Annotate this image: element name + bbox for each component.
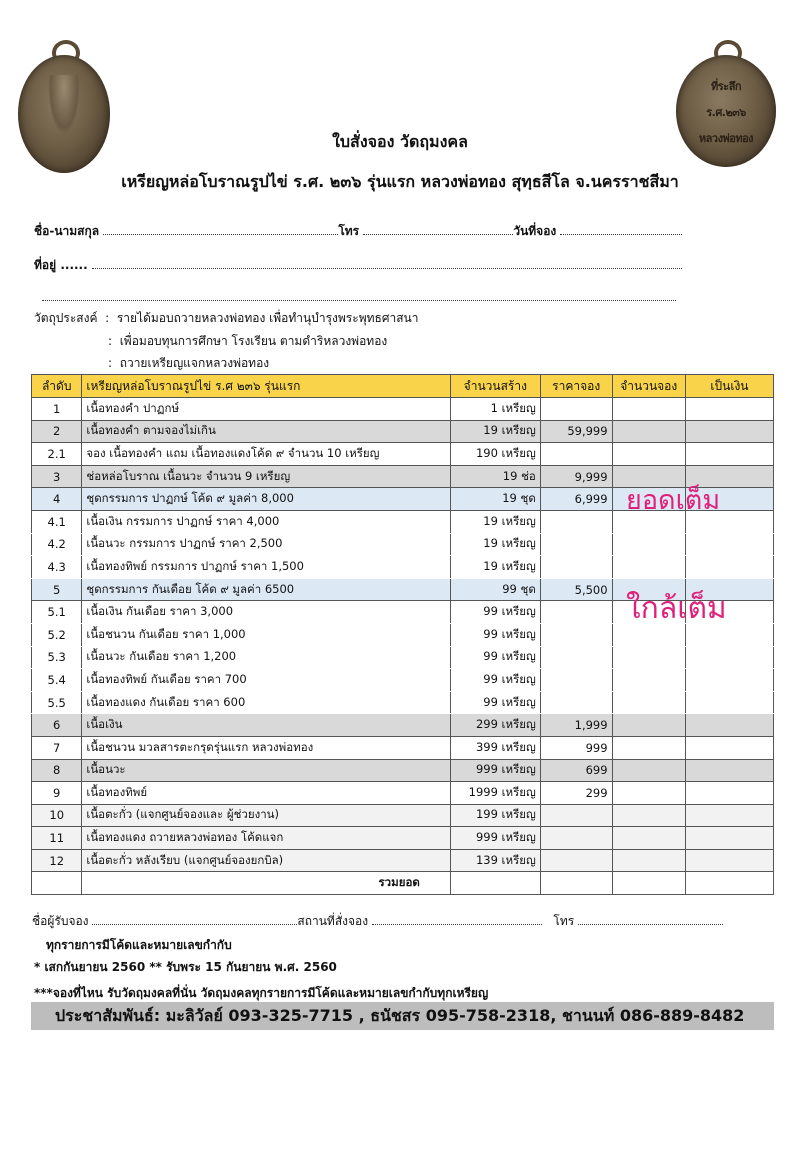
total-label: รวมยอด [82, 872, 450, 895]
row-quantity: 19 ช่อ [450, 465, 540, 488]
note-codes: ทุกรายการมีโค้ดและหมายเลขกำกับ [46, 936, 232, 955]
row-number: 4.3 [32, 556, 82, 579]
row-number: 10 [32, 804, 82, 827]
table-header-row: ลำดับ เหรียญหล่อโบราณรูปไข่ ร.ศ ๒๓๖ รุ่น… [32, 375, 774, 398]
table-row: 8เนื้อนวะ999 เหรียญ699 [32, 759, 774, 782]
row-reserve-cell[interactable] [612, 533, 685, 556]
row-item: เนื้อนวะ กันเดือย ราคา 1,200 [82, 646, 450, 669]
row-item: จอง เนื้อทองคำ แถม เนื้อทองแดงโค้ด ๙ จำน… [82, 443, 450, 466]
row-reserve-cell[interactable] [612, 420, 685, 443]
amulet-back-text-2: ร.ศ.๒๓๖ [686, 103, 766, 121]
row-price [540, 691, 612, 714]
row-amount-cell[interactable] [685, 420, 773, 443]
row-price: 299 [540, 782, 612, 805]
row-item: เนื้อทองแดง ถวายหลวงพ่อทอง โค้ดแจก [82, 827, 450, 850]
table-row: 9เนื้อทองทิพย์1999 เหรียญ299 [32, 782, 774, 805]
row-amount-cell[interactable] [685, 533, 773, 556]
row-price [540, 601, 612, 624]
row-reserve-cell[interactable] [612, 646, 685, 669]
row-amount-cell[interactable] [685, 669, 773, 692]
total-reserve-cell[interactable] [612, 872, 685, 895]
col-header-item: เหรียญหล่อโบราณรูปไข่ ร.ศ ๒๓๖ รุ่นแรก [82, 375, 450, 398]
row-number: 9 [32, 782, 82, 805]
row-item: เนื้อเงิน [82, 714, 450, 737]
row-number: 3 [32, 465, 82, 488]
table-row: 12เนื้อตะกั่ว หลังเรียบ (แจกศูนย์จองยกบิ… [32, 849, 774, 872]
row-item: เนื้อทองคำ ปาฏกษ์ [82, 398, 450, 421]
table-row: 6เนื้อเงิน299 เหรียญ1,999 [32, 714, 774, 737]
row-item: เนื้อนวะ [82, 759, 450, 782]
note-dates: * เสกกันยายน 2560 ** รับพระ 15 กันยายน พ… [34, 958, 337, 977]
row-reserve-cell[interactable] [612, 691, 685, 714]
row-amount-cell[interactable] [685, 556, 773, 579]
row-quantity: 19 เหรียญ [450, 510, 540, 533]
row-price: 5,500 [540, 578, 612, 601]
customer-info-line: ชื่อ-นามสกุล โทร วันที่จอง [34, 222, 682, 241]
row-quantity: 99 เหรียญ [450, 646, 540, 669]
row-number: 8 [32, 759, 82, 782]
table-row: 2เนื้อทองคำ ตามจองไม่เกิน19 เหรียญ59,999 [32, 420, 774, 443]
row-quantity: 19 เหรียญ [450, 420, 540, 443]
amulet-back-text-1: ที่ระลึก [686, 77, 766, 95]
row-item: ช่อหล่อโบราณ เนื้อนวะ จำนวน 9 เหรียญ [82, 465, 450, 488]
address-line-2 [42, 290, 676, 304]
row-reserve-cell[interactable] [612, 827, 685, 850]
row-number: 11 [32, 827, 82, 850]
row-quantity: 19 ชุด [450, 488, 540, 511]
date-field[interactable] [560, 224, 682, 235]
row-price [540, 827, 612, 850]
row-amount-cell[interactable] [685, 646, 773, 669]
place-label: สถานที่สั่งจอง [297, 914, 368, 928]
row-quantity: 199 เหรียญ [450, 804, 540, 827]
row-reserve-cell[interactable] [612, 849, 685, 872]
row-item: เนื้อทองคำ ตามจองไม่เกิน [82, 420, 450, 443]
row-price [540, 669, 612, 692]
row-quantity: 99 เหรียญ [450, 601, 540, 624]
row-price [540, 443, 612, 466]
row-price [540, 849, 612, 872]
row-item: ชุดกรรมการ ปาฏกษ์ โค้ด ๙ มูลค่า 8,000 [82, 488, 450, 511]
purpose-item: รายได้มอบถวายหลวงพ่อทอง เพื่อทำนุบำรุงพร… [117, 311, 419, 325]
address-label: ที่อยู่ ...... [34, 258, 88, 272]
almost-full-stamp: ใกล้เต็ม [626, 585, 727, 632]
row-price [540, 398, 612, 421]
name-field[interactable] [103, 224, 338, 235]
contact-bar: ประชาสัมพันธ์: มะลิวัลย์ 093-325-7715 , … [31, 1002, 774, 1030]
table-row: 5.3เนื้อนวะ กันเดือย ราคา 1,20099 เหรียญ [32, 646, 774, 669]
row-item: เนื้อทองทิพย์ กรรมการ ปาฏกษ์ ราคา 1,500 [82, 556, 450, 579]
table-row: 7เนื้อชนวน มวลสารตะกรุดรุ่นแรก หลวงพ่อทอ… [32, 736, 774, 759]
row-price [540, 804, 612, 827]
table-row: 5.5เนื้อทองแดง กันเดือย ราคา 60099 เหรีย… [32, 691, 774, 714]
col-header-no: ลำดับ [32, 375, 82, 398]
row-amount-cell[interactable] [685, 849, 773, 872]
row-reserve-cell[interactable] [612, 669, 685, 692]
table-row: 10เนื้อตะกั่ว (แจกศูนย์จองและ ผู้ช่วยงาน… [32, 804, 774, 827]
row-reserve-cell[interactable] [612, 736, 685, 759]
row-reserve-cell[interactable] [612, 443, 685, 466]
row-quantity: 99 ชุด [450, 578, 540, 601]
name-label: ชื่อ-นามสกุล [34, 224, 99, 238]
row-item: เนื้อตะกั่ว หลังเรียบ (แจกศูนย์จองยกบิล) [82, 849, 450, 872]
row-number: 2.1 [32, 443, 82, 466]
row-quantity: 19 เหรียญ [450, 533, 540, 556]
phone-label: โทร [338, 224, 359, 238]
purpose-line-1: วัตถุประสงค์ : รายได้มอบถวายหลวงพ่อทอง เ… [34, 309, 418, 328]
purpose-item: เพื่อมอบทุนการศึกษา โรงเรียน ตามดำริหลวง… [120, 334, 388, 348]
place-field[interactable] [372, 914, 542, 925]
purpose-line-3: : ถวายเหรียญแจกหลวงพ่อทอง [108, 354, 269, 373]
row-price [540, 556, 612, 579]
total-amount-cell[interactable] [685, 872, 773, 895]
row-item: เนื้อเงิน กรรมการ ปาฏกษ์ ราคา 4,000 [82, 510, 450, 533]
row-item: เนื้อทองทิพย์ กันเดือย ราคา 700 [82, 669, 450, 692]
total-row: รวมยอด [32, 872, 774, 895]
row-price: 999 [540, 736, 612, 759]
purpose-label: วัตถุประสงค์ [34, 311, 98, 325]
row-price: 9,999 [540, 465, 612, 488]
row-item: เนื้อทองแดง กันเดือย ราคา 600 [82, 691, 450, 714]
row-reserve-cell[interactable] [612, 398, 685, 421]
receiver-label: ชื่อผู้รับจอง [32, 914, 89, 928]
receiver-phone-label: โทร [553, 914, 574, 928]
col-header-qty: จำนวนสร้าง [450, 375, 540, 398]
date-label: วันที่จอง [513, 224, 556, 238]
table-row: 4.3เนื้อทองทิพย์ กรรมการ ปาฏกษ์ ราคา 1,5… [32, 556, 774, 579]
row-quantity: 99 เหรียญ [450, 669, 540, 692]
row-item: เนื้อนวะ กรรมการ ปาฏกษ์ ราคา 2,500 [82, 533, 450, 556]
receiver-phone-field[interactable] [578, 914, 723, 925]
row-quantity: 399 เหรียญ [450, 736, 540, 759]
row-reserve-cell[interactable] [612, 804, 685, 827]
purpose-item: ถวายเหรียญแจกหลวงพ่อทอง [120, 356, 269, 370]
row-item: เนื้อตะกั่ว (แจกศูนย์จองและ ผู้ช่วยงาน) [82, 804, 450, 827]
row-quantity: 99 เหรียญ [450, 623, 540, 646]
row-quantity: 299 เหรียญ [450, 714, 540, 737]
row-price: 699 [540, 759, 612, 782]
row-number: 5.4 [32, 669, 82, 692]
row-item: เนื้อชนวน กันเดือย ราคา 1,000 [82, 623, 450, 646]
row-item: ชุดกรรมการ กันเดือย โค้ด ๙ มูลค่า 6500 [82, 578, 450, 601]
row-number: 6 [32, 714, 82, 737]
row-quantity: 190 เหรียญ [450, 443, 540, 466]
row-amount-cell[interactable] [685, 443, 773, 466]
row-quantity: 999 เหรียญ [450, 827, 540, 850]
row-reserve-cell[interactable] [612, 714, 685, 737]
table-row: 11เนื้อทองแดง ถวายหลวงพ่อทอง โค้ดแจก999 … [32, 827, 774, 850]
row-number: 1 [32, 398, 82, 421]
row-quantity: 19 เหรียญ [450, 556, 540, 579]
row-number: 4 [32, 488, 82, 511]
row-amount-cell[interactable] [685, 691, 773, 714]
row-quantity: 99 เหรียญ [450, 691, 540, 714]
row-amount-cell[interactable] [685, 782, 773, 805]
note-pickup: ***จองที่ไหน รับวัดฤมงคลที่นั่น วัดฤมงคล… [34, 984, 488, 1003]
address-field-2[interactable] [42, 290, 676, 301]
sold-out-stamp: ยอดเต็ม [626, 478, 720, 521]
row-price [540, 646, 612, 669]
row-reserve-cell[interactable] [612, 556, 685, 579]
row-quantity: 1 เหรียญ [450, 398, 540, 421]
table-row: 5.4เนื้อทองทิพย์ กันเดือย ราคา 70099 เหร… [32, 669, 774, 692]
row-reserve-cell[interactable] [612, 759, 685, 782]
row-number: 5.2 [32, 623, 82, 646]
address-field[interactable] [92, 258, 682, 269]
purpose-line-2: : เพื่อมอบทุนการศึกษา โรงเรียน ตามดำริหล… [108, 332, 387, 351]
row-item: เนื้อชนวน มวลสารตะกรุดรุ่นแรก หลวงพ่อทอง [82, 736, 450, 759]
row-quantity: 139 เหรียญ [450, 849, 540, 872]
page-title: ใบสั่งจอง วัดฤมงคล [0, 130, 800, 155]
col-header-amount: เป็นเงิน [685, 375, 773, 398]
row-number: 12 [32, 849, 82, 872]
row-amount-cell[interactable] [685, 736, 773, 759]
row-number: 4.2 [32, 533, 82, 556]
row-reserve-cell[interactable] [612, 782, 685, 805]
row-number: 5.1 [32, 601, 82, 624]
row-amount-cell[interactable] [685, 398, 773, 421]
amulet-front-image [18, 55, 110, 173]
row-price: 6,999 [540, 488, 612, 511]
order-table: ลำดับ เหรียญหล่อโบราณรูปไข่ ร.ศ ๒๓๖ รุ่น… [31, 374, 774, 895]
table-body: 1เนื้อทองคำ ปาฏกษ์1 เหรียญ2เนื้อทองคำ ตา… [32, 398, 774, 872]
row-quantity: 1999 เหรียญ [450, 782, 540, 805]
row-price: 1,999 [540, 714, 612, 737]
row-item: เนื้อเงิน กันเดือย ราคา 3,000 [82, 601, 450, 624]
table-row: 4.2เนื้อนวะ กรรมการ ปาฏกษ์ ราคา 2,50019 … [32, 533, 774, 556]
row-amount-cell[interactable] [685, 804, 773, 827]
col-header-reserve: จำนวนจอง [612, 375, 685, 398]
row-quantity: 999 เหรียญ [450, 759, 540, 782]
row-number: 5.5 [32, 691, 82, 714]
row-item: เนื้อทองทิพย์ [82, 782, 450, 805]
row-amount-cell[interactable] [685, 827, 773, 850]
col-header-price: ราคาจอง [540, 375, 612, 398]
receiver-line: ชื่อผู้รับจอง สถานที่สั่งจอง โทร [32, 912, 723, 931]
row-number: 5 [32, 578, 82, 601]
row-number: 5.3 [32, 646, 82, 669]
page-subtitle: เหรียญหล่อโบราณรูปไข่ ร.ศ. ๒๓๖ รุ่นแรก ห… [0, 170, 800, 195]
address-line: ที่อยู่ ...... [34, 256, 682, 275]
row-amount-cell[interactable] [685, 759, 773, 782]
row-price: 59,999 [540, 420, 612, 443]
row-number: 7 [32, 736, 82, 759]
monk-figure [48, 75, 80, 135]
phone-field[interactable] [363, 224, 513, 235]
row-price [540, 533, 612, 556]
table-row: 1เนื้อทองคำ ปาฏกษ์1 เหรียญ [32, 398, 774, 421]
row-price [540, 510, 612, 533]
row-price [540, 623, 612, 646]
row-number: 4.1 [32, 510, 82, 533]
row-number: 2 [32, 420, 82, 443]
receiver-field[interactable] [92, 914, 297, 925]
table-row: 2.1จอง เนื้อทองคำ แถม เนื้อทองแดงโค้ด ๙ … [32, 443, 774, 466]
row-amount-cell[interactable] [685, 714, 773, 737]
